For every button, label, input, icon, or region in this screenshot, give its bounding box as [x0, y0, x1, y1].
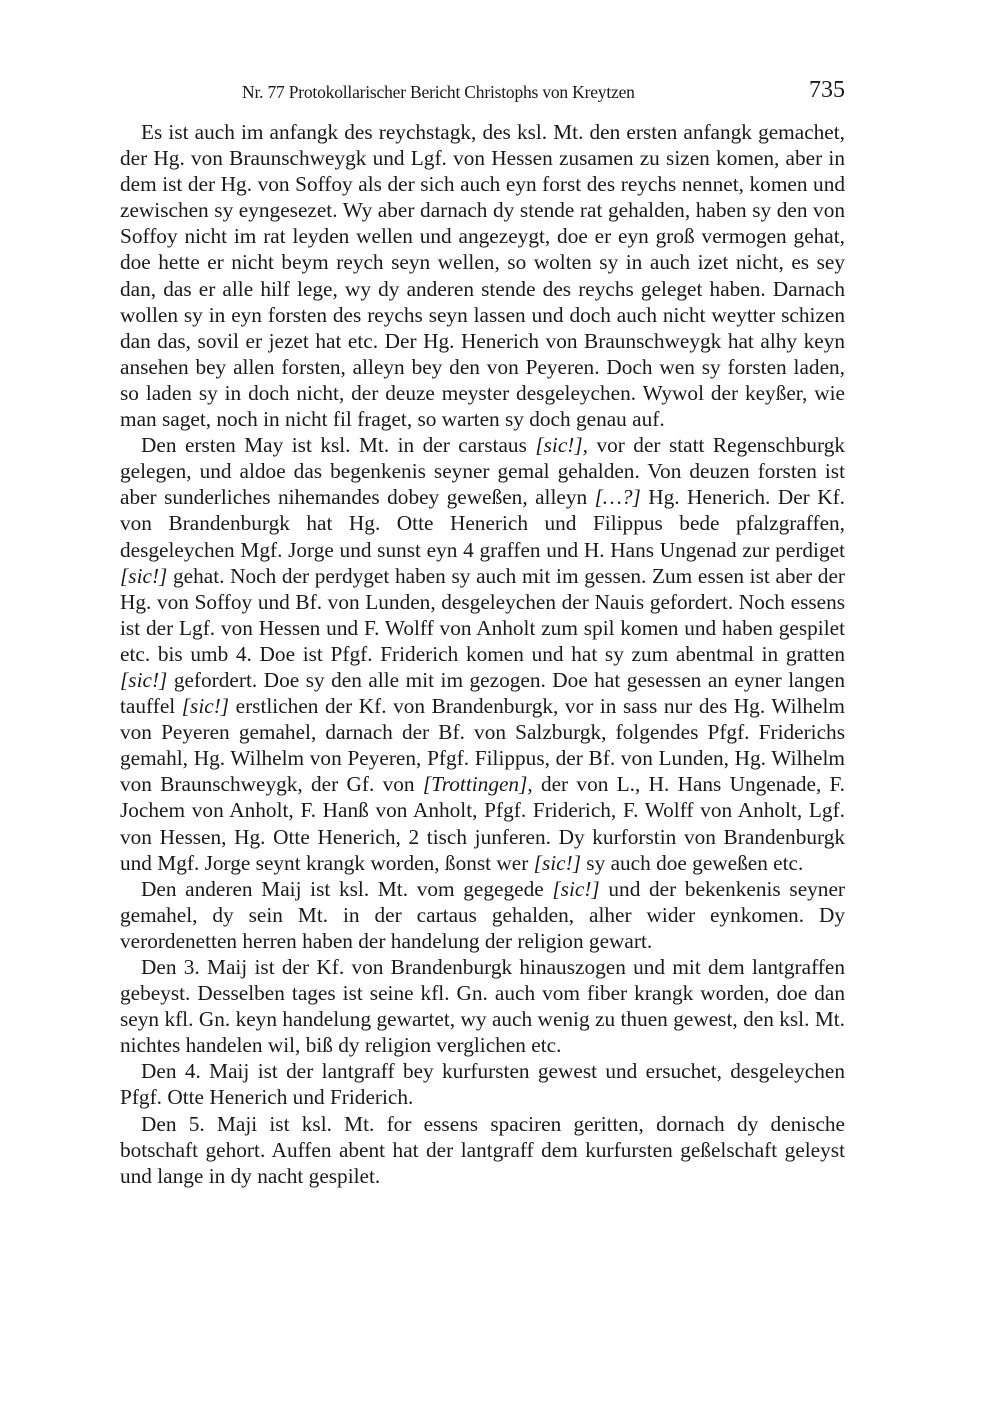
editorial-note: [sic!] — [552, 877, 599, 901]
paragraph-4: Den 3. Maij ist der Kf. von Brandenburgk… — [120, 954, 845, 1058]
text-segment: Es ist auch im anfangk des reychstagk, d… — [120, 120, 845, 431]
editorial-note: [Trottingen] — [423, 772, 528, 796]
editorial-note: [sic!] — [120, 564, 167, 588]
editorial-note: [sic!] — [182, 694, 229, 718]
text-segment: Den ersten May ist ksl. Mt. in der carst… — [141, 433, 535, 457]
paragraph-3: Den anderen Maij ist ksl. Mt. vom gegege… — [120, 876, 845, 954]
paragraph-5: Den 4. Maij ist der lantgraff bey kurfur… — [120, 1058, 845, 1110]
text-segment: sy auch doe geweßen etc. — [581, 851, 803, 875]
paragraph-6: Den 5. Maji ist ksl. Mt. for essens spac… — [120, 1111, 845, 1189]
body-text: Es ist auch im anfangk des reychstagk, d… — [120, 119, 845, 1189]
editorial-note: [sic!] — [534, 851, 581, 875]
paragraph-2: Den ersten May ist ksl. Mt. in der carst… — [120, 432, 845, 876]
text-segment: Den 5. Maji ist ksl. Mt. for essens spac… — [120, 1112, 845, 1188]
text-segment: gehat. Noch der perdyget haben sy auch m… — [120, 564, 845, 666]
text-segment: Den anderen Maij ist ksl. Mt. vom gegege… — [141, 877, 552, 901]
page-number: 735 — [809, 77, 845, 104]
running-title: Nr. 77 Protokollarischer Bericht Christo… — [242, 82, 635, 103]
text-segment: Den 4. Maij ist der lantgraff bey kurfur… — [120, 1059, 845, 1109]
text-segment: Den 3. Maij ist der Kf. von Brandenburgk… — [120, 955, 845, 1057]
page-header: Nr. 77 Protokollarischer Bericht Christo… — [120, 80, 845, 106]
editorial-note: [sic!] — [120, 668, 167, 692]
editorial-note: [sic!], — [535, 433, 588, 457]
paragraph-1: Es ist auch im anfangk des reychstagk, d… — [120, 119, 845, 432]
editorial-note: […?] — [595, 485, 641, 509]
